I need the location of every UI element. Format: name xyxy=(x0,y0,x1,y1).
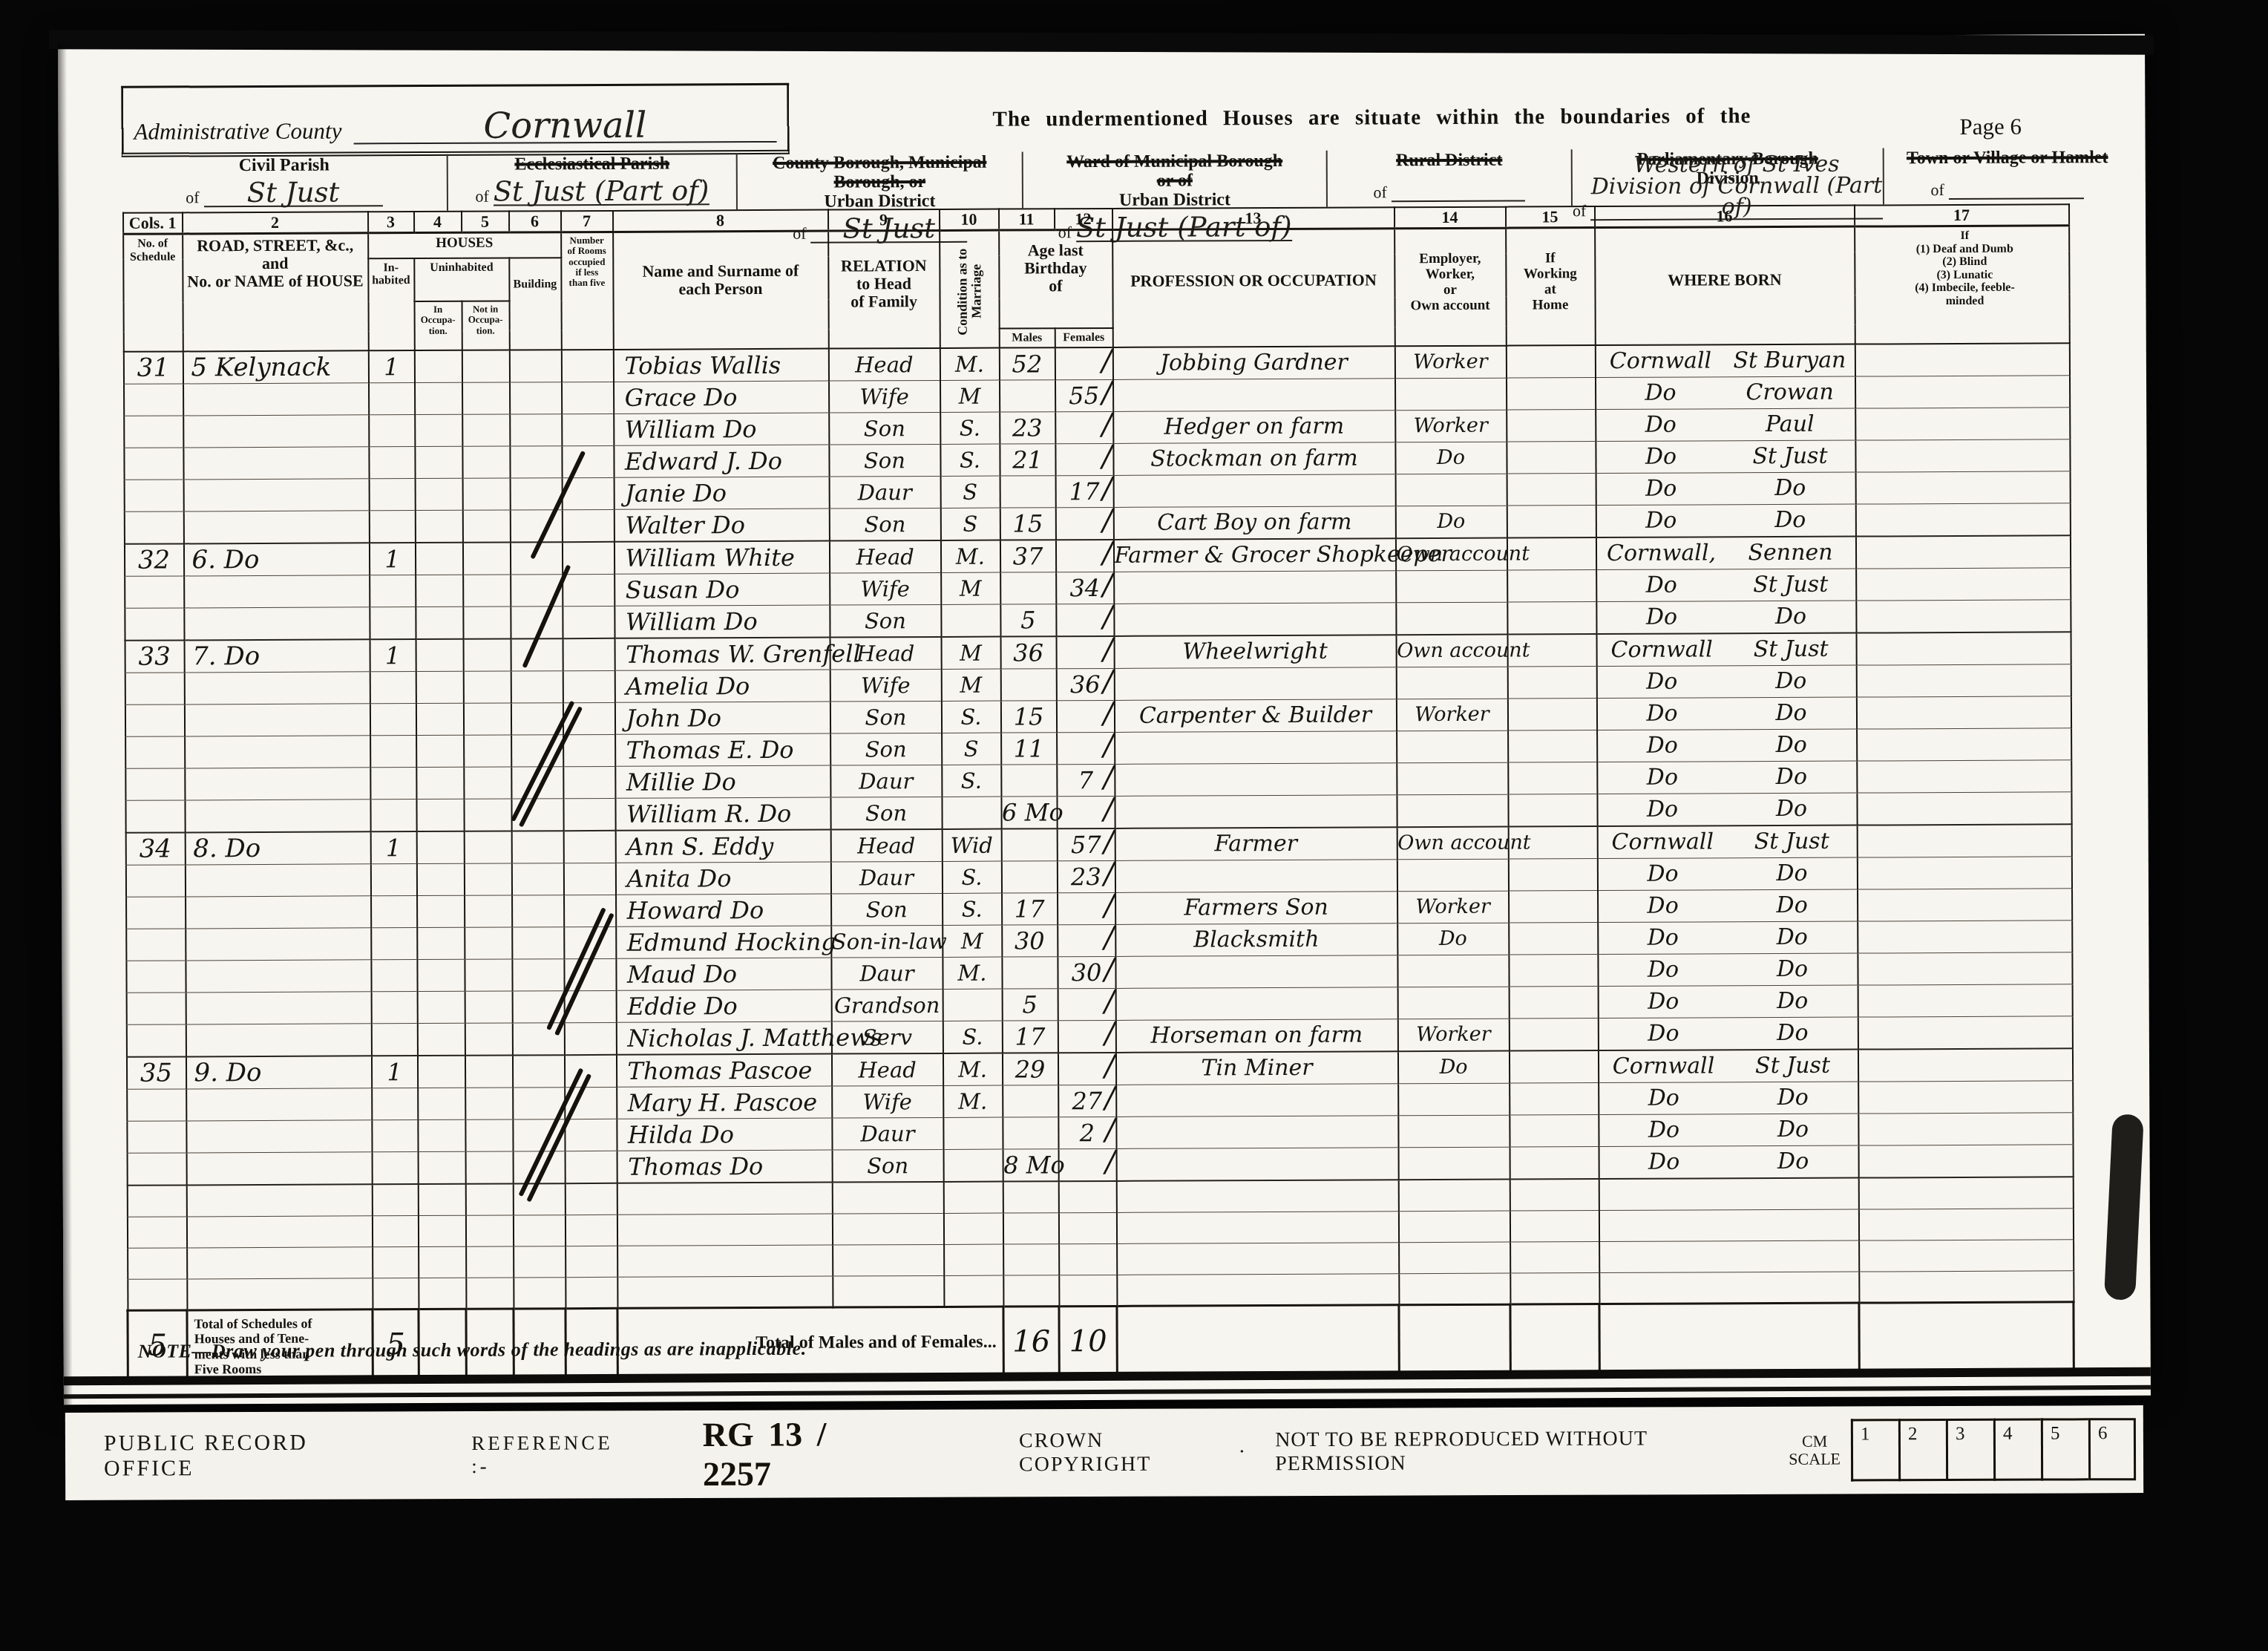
enumerator-tick: / xyxy=(1101,377,1112,408)
cell-in-occupation xyxy=(418,1215,465,1246)
cell-working-at-home xyxy=(1507,602,1596,635)
cell-in-occupation xyxy=(418,1151,465,1184)
cell-infirmity xyxy=(1858,952,2072,985)
cell-age-male xyxy=(1003,1117,1058,1149)
cell-building xyxy=(510,414,562,446)
cell-rooms xyxy=(561,350,613,382)
cell-infirmity xyxy=(1858,1048,2072,1082)
cell-working-at-home xyxy=(1506,378,1595,411)
cell-working-at-home xyxy=(1507,667,1596,699)
cell-infirmity xyxy=(1855,376,2069,408)
totals-males: 16 xyxy=(1003,1306,1059,1376)
cell-relation xyxy=(832,1213,943,1245)
cell-not-in-occupation xyxy=(464,735,511,767)
cell-schedule-number: 32 xyxy=(124,543,183,576)
enumerator-tick: / xyxy=(1102,537,1112,569)
cell-not-in-occupation xyxy=(465,1023,512,1056)
cell-age-male xyxy=(1000,572,1056,604)
cell-age-male: 17 xyxy=(1002,893,1058,925)
cell-name xyxy=(617,1276,833,1308)
cell-building xyxy=(511,863,563,895)
cell-inhabited xyxy=(371,960,417,992)
cell-working-at-home xyxy=(1509,955,1598,987)
cell-name: Howard Do xyxy=(616,894,831,926)
cell-road-street xyxy=(186,1120,372,1153)
cm-scale-box: 5 xyxy=(2041,1418,2088,1480)
cell-infirmity xyxy=(1856,568,2071,601)
cell-in-occupation xyxy=(416,703,463,735)
cell-inhabited: 1 xyxy=(368,350,414,383)
cell-employer xyxy=(1399,1273,1510,1305)
cell-rooms xyxy=(563,831,615,863)
cell-name: Eddie Do xyxy=(616,990,831,1022)
cell-where-born: DoCrowan xyxy=(1595,376,1855,410)
cell-inhabited xyxy=(371,992,417,1024)
cell-age-male: 52 xyxy=(999,347,1055,380)
enumerator-tick: / xyxy=(1104,826,1114,857)
cell-where-born: DoDo xyxy=(1598,921,1858,955)
scan-smudge xyxy=(2104,1114,2144,1301)
cell-where-born xyxy=(1599,1240,1859,1273)
cell-inhabited xyxy=(369,511,415,543)
cell-not-in-occupation xyxy=(462,350,509,382)
col-num: 11 xyxy=(998,209,1054,230)
district-urban-district: County Borough, MunicipalBorough, or Urb… xyxy=(738,151,1023,209)
cell-occupation: / xyxy=(1115,860,1397,893)
enumerator-tick: / xyxy=(1104,762,1114,793)
cm-scale-box: 4 xyxy=(1993,1419,2041,1481)
cell-name: Amelia Do xyxy=(614,670,830,702)
cell-road-street xyxy=(185,736,370,768)
cell-where-born: DoDo xyxy=(1596,504,1855,537)
cell-schedule-number xyxy=(128,1247,187,1278)
cell-road-street xyxy=(186,1215,372,1247)
district-rural-district: Rural Districtof xyxy=(1328,149,1573,206)
cell-age-male xyxy=(1003,1181,1058,1212)
cell-schedule-number xyxy=(127,1185,186,1216)
col-num: 7 xyxy=(561,211,613,232)
cell-in-occupation xyxy=(416,735,464,767)
cell-employer xyxy=(1396,667,1507,699)
cell-building xyxy=(510,446,562,478)
cell-relation: Daur xyxy=(832,1117,943,1150)
cell-road-street xyxy=(183,479,369,511)
district-row: Civil ParishofSt JustEcclesiastical Pari… xyxy=(122,147,2131,212)
cell-infirmity xyxy=(1858,984,2072,1017)
cell-schedule-number xyxy=(125,865,185,897)
cell-building xyxy=(512,895,564,927)
cell-relation: Daur xyxy=(830,765,942,797)
cell-schedule-number xyxy=(124,384,183,416)
cell-building xyxy=(510,478,562,510)
cell-occupation: / xyxy=(1115,731,1397,765)
cell-road-street xyxy=(186,1152,372,1186)
header-at-home: If Working at Home xyxy=(1506,228,1596,346)
col-num: 12 xyxy=(1054,209,1112,230)
cell-infirmity xyxy=(1857,857,2071,889)
cell-schedule-number xyxy=(125,673,184,704)
cell-name: William R. Do xyxy=(615,797,830,831)
cell-not-in-occupation xyxy=(463,703,511,735)
cell-schedule-number xyxy=(126,993,186,1024)
cell-working-at-home xyxy=(1507,474,1596,506)
header-profession: PROFESSION OR OCCUPATION xyxy=(1112,229,1395,347)
cell-age-male xyxy=(1003,1212,1058,1243)
cell-schedule-number xyxy=(127,1089,186,1121)
cell-employer xyxy=(1398,1211,1510,1243)
cell-inhabited: 1 xyxy=(370,639,416,672)
cell-name xyxy=(617,1183,832,1214)
col-num: 16 xyxy=(1594,206,1854,228)
cell-employer xyxy=(1397,730,1508,763)
cell-employer: Do xyxy=(1397,923,1509,955)
cell-infirmity xyxy=(1858,1177,2073,1209)
cell-working-at-home xyxy=(1510,1272,1599,1304)
cell-rooms xyxy=(562,509,614,542)
cell-in-occupation xyxy=(414,350,462,383)
cell-occupation: /Farmers Son xyxy=(1115,892,1397,925)
cell-where-born: CornwallSt Just xyxy=(1598,1050,1858,1083)
cell-working-at-home xyxy=(1507,410,1596,442)
cell-relation: Head xyxy=(829,540,940,573)
col-num: 8 xyxy=(613,210,828,232)
cell-in-occupation xyxy=(416,575,463,607)
cell-rooms xyxy=(563,606,614,638)
reference-label: REFERENCE :- xyxy=(471,1431,614,1478)
enumerator-tick: / xyxy=(1102,409,1112,440)
enumerator-tick: / xyxy=(1103,666,1113,697)
cell-building xyxy=(512,927,564,959)
enumerator-tick: / xyxy=(1104,1018,1115,1049)
cell-working-at-home xyxy=(1509,891,1598,923)
cell-schedule-number: 31 xyxy=(123,351,183,384)
header-inhabited: In- habited xyxy=(368,258,415,351)
cell-condition xyxy=(944,1275,1003,1307)
cell-rooms xyxy=(563,798,615,831)
cell-schedule-number xyxy=(125,704,184,736)
cell-infirmity xyxy=(1857,824,2071,857)
cell-schedule-number xyxy=(125,576,184,608)
cell-occupation: / xyxy=(1114,571,1396,604)
cell-condition: M xyxy=(941,572,1000,604)
cell-building xyxy=(512,1055,564,1088)
cell-in-occupation xyxy=(415,543,462,575)
enumerator-tick: / xyxy=(1104,858,1114,889)
cell-not-in-occupation xyxy=(465,1119,513,1151)
cell-in-occupation xyxy=(418,1088,465,1119)
cell-employer: Own account xyxy=(1396,635,1507,667)
cell-schedule-number xyxy=(127,1216,186,1247)
cell-age-male xyxy=(1002,957,1058,989)
cell-rooms xyxy=(566,1277,617,1308)
cell-in-occupation xyxy=(417,1023,465,1056)
col-num: 2 xyxy=(183,212,368,234)
cell-not-in-occupation xyxy=(465,959,512,991)
cell-working-at-home xyxy=(1508,762,1597,795)
cell-age-female xyxy=(1058,1212,1116,1243)
enumerator-tick: / xyxy=(1103,698,1113,729)
cell-occupation: / xyxy=(1116,1148,1398,1181)
headings-note: NOTE—Draw your pen through such words of… xyxy=(138,1338,807,1363)
cell-condition: S xyxy=(940,476,1000,508)
cm-scale-box: 6 xyxy=(2088,1418,2136,1480)
cell-inhabited: 1 xyxy=(370,831,416,864)
cell-occupation: /Cart Boy on farm xyxy=(1113,506,1395,540)
cell-where-born xyxy=(1599,1272,1859,1304)
cell-employer xyxy=(1398,1115,1510,1148)
cell-schedule-number xyxy=(125,608,184,641)
cell-building xyxy=(513,1214,565,1246)
cell-infirmity xyxy=(1856,632,2071,665)
col-num: 17 xyxy=(1854,204,2068,226)
cell-schedule-number xyxy=(125,768,185,800)
cell-road-street xyxy=(186,896,371,929)
cell-road-street xyxy=(183,447,369,480)
cell-road-street xyxy=(186,1088,372,1121)
cell-working-at-home xyxy=(1509,1019,1598,1051)
header-males: Males xyxy=(999,328,1055,347)
header-uninhabited: Uninhabited xyxy=(414,258,509,301)
cell-inhabited xyxy=(369,415,415,447)
cell-name: Ann S. Eddy xyxy=(615,830,830,863)
cell-occupation: /Wheelwright xyxy=(1114,635,1396,668)
cell-schedule-number xyxy=(126,961,186,993)
cell-schedule-number xyxy=(125,736,185,768)
cell-condition: S. xyxy=(942,765,1001,797)
cell-occupation: /Farmer & Grocer Shopkeeper xyxy=(1113,538,1395,572)
cell-schedule-number xyxy=(126,897,186,929)
district-label: Civil Parish xyxy=(122,156,447,177)
cell-employer xyxy=(1398,1180,1510,1212)
cell-in-occupation xyxy=(418,1184,465,1215)
cell-not-in-occupation xyxy=(463,671,511,703)
cell-rooms xyxy=(566,1246,617,1277)
cell-age-male xyxy=(1000,669,1056,701)
cell-employer: Worker xyxy=(1395,410,1507,442)
cell-occupation: /Blacksmith xyxy=(1115,923,1397,957)
cell-condition: M. xyxy=(943,1085,1003,1117)
cell-condition: S. xyxy=(942,861,1001,893)
cell-employer: Do xyxy=(1395,506,1507,538)
cell-infirmity xyxy=(1855,535,2070,569)
district-label: Ward of Municipal Boroughor of Urban Dis… xyxy=(1023,152,1326,211)
cell-name: Thomas Pascoe xyxy=(616,1054,831,1088)
cell-condition xyxy=(943,1149,1003,1182)
cell-employer: Worker xyxy=(1397,1019,1509,1051)
cell-where-born: DoPaul xyxy=(1596,408,1855,442)
cell-where-born: DoDo xyxy=(1596,472,1855,506)
cell-infirmity xyxy=(1858,1081,2073,1114)
cell-building xyxy=(512,1023,564,1056)
cell-relation: Son xyxy=(830,701,941,733)
cell-inhabited xyxy=(371,896,417,928)
cell-road-street xyxy=(184,607,370,641)
cell-working-at-home xyxy=(1507,699,1596,731)
cell-working-at-home xyxy=(1510,1179,1599,1211)
cell-age-male xyxy=(1001,828,1057,861)
cell-name xyxy=(617,1245,833,1277)
cell-name: Anita Do xyxy=(615,862,830,895)
cell-in-occupation xyxy=(416,639,463,672)
cell-name: Millie Do xyxy=(615,765,830,798)
header-houses-group: HOUSES xyxy=(368,232,561,258)
cell-in-occupation xyxy=(417,1056,465,1088)
enumerator-tick: / xyxy=(1104,954,1115,985)
cell-age-male: 23 xyxy=(1000,412,1055,444)
enumerator-tick: / xyxy=(1101,345,1112,376)
cell-occupation: /Tin Miner xyxy=(1115,1051,1397,1085)
enumerator-tick: / xyxy=(1104,922,1115,953)
header-name: Name and Surname of each Person xyxy=(613,231,829,350)
cell-condition: M xyxy=(941,669,1000,701)
cell-relation: Wife xyxy=(830,572,941,605)
cell-working-at-home xyxy=(1510,1210,1599,1242)
district-value xyxy=(1949,197,2085,200)
cell-rooms xyxy=(563,734,615,766)
cell-condition: S. xyxy=(940,444,1000,476)
cell-road-street: 5 Kelynack xyxy=(183,350,368,384)
cell-relation: Daur xyxy=(831,957,943,990)
cell-age-male xyxy=(1001,861,1057,893)
header-not-in-occupation: Not in Occupa- tion. xyxy=(462,301,509,350)
enumerator-tick: / xyxy=(1104,986,1115,1017)
cell-relation: Head xyxy=(828,348,940,381)
cell-relation: Son-in-law xyxy=(831,925,943,958)
cell-working-at-home xyxy=(1508,859,1597,892)
cell-schedule-number xyxy=(126,929,186,961)
cell-condition: M xyxy=(940,380,1000,412)
district-civil-parish: Civil ParishofSt Just xyxy=(122,154,448,212)
cell-name: Mary H. Pascoe xyxy=(617,1086,832,1119)
cell-inhabited xyxy=(370,768,416,800)
cell-where-born: DoDo xyxy=(1598,953,1858,987)
cell-in-occupation xyxy=(416,799,464,831)
cell-road-street: 7. Do xyxy=(184,639,370,673)
cell-working-at-home xyxy=(1507,442,1596,474)
col-num: 13 xyxy=(1112,207,1394,229)
cell-infirmity xyxy=(1858,1113,2073,1145)
cell-infirmity xyxy=(1858,1208,2073,1240)
cell-where-born: CornwallSt Just xyxy=(1597,825,1857,859)
totals-females: 10 xyxy=(1059,1306,1117,1376)
enumerator-tick: / xyxy=(1104,890,1115,921)
cell-name: Susan Do xyxy=(614,573,830,606)
enumerator-tick: / xyxy=(1102,473,1112,504)
cell-working-at-home xyxy=(1507,570,1596,603)
cell-name: William Do xyxy=(614,605,830,638)
header-relation: RELATION to Head of Family xyxy=(828,230,940,348)
district-value: St Just xyxy=(204,179,383,207)
cell-infirmity xyxy=(1858,889,2072,921)
district-value xyxy=(1392,200,1525,202)
cell-employer: Worker xyxy=(1396,699,1507,731)
cell-employer xyxy=(1397,987,1509,1019)
cell-not-in-occupation xyxy=(462,382,510,414)
cell-age-male xyxy=(1003,1085,1058,1117)
pro-label: PUBLIC RECORD OFFICE xyxy=(104,1431,360,1482)
cell-not-in-occupation xyxy=(463,575,511,607)
cell-schedule-number: 33 xyxy=(125,640,184,673)
cell-in-occupation xyxy=(416,863,464,895)
cell-occupation xyxy=(1117,1273,1399,1306)
cell-condition: M. xyxy=(940,540,1000,573)
cell-working-at-home xyxy=(1507,506,1596,538)
cell-road-street xyxy=(187,1278,373,1310)
cell-where-born: DoDo xyxy=(1597,761,1857,794)
cell-inhabited xyxy=(370,864,416,896)
cell-infirmity xyxy=(1856,664,2071,697)
cell-relation xyxy=(833,1244,944,1276)
cell-not-in-occupation xyxy=(463,638,511,671)
header-road: ROAD, STREET, &c., and No. or NAME of HO… xyxy=(183,233,369,352)
district-parliamentary-division: Parliamentary BoroughDivisionofWestern o… xyxy=(1573,148,1884,206)
administrative-county-value: Cornwall xyxy=(353,109,776,145)
cell-relation: Grandson xyxy=(831,989,943,1021)
cell-where-born: DoDo xyxy=(1598,1017,1858,1050)
cell-where-born: DoSt Just xyxy=(1596,569,1856,602)
enumerator-tick: / xyxy=(1102,505,1112,536)
cell-employer: Worker xyxy=(1394,346,1506,379)
cell-relation: Head xyxy=(830,829,942,862)
cell-infirmity xyxy=(1857,792,2071,825)
cell-rooms xyxy=(565,1151,617,1183)
cell-working-at-home xyxy=(1509,923,1598,955)
cell-relation: Head xyxy=(831,1053,943,1086)
cell-age-male xyxy=(1003,1243,1059,1275)
cell-not-in-occupation xyxy=(464,831,511,863)
cell-age-male: 21 xyxy=(1000,444,1055,476)
col-num: 9 xyxy=(828,209,940,231)
enumerator-tick: / xyxy=(1104,794,1114,825)
col-num: 3 xyxy=(368,212,414,233)
census-form-page: Administrative County Cornwall The under… xyxy=(58,34,2151,1405)
cell-condition xyxy=(944,1244,1003,1275)
col-num: 6 xyxy=(509,211,561,232)
cell-condition: M xyxy=(943,925,1002,957)
cell-schedule-number xyxy=(127,1121,186,1153)
cell-relation: Son xyxy=(829,444,940,477)
cell-working-at-home xyxy=(1508,730,1597,763)
cell-name: Tobias Wallis xyxy=(613,349,828,382)
cell-schedule-number: 35 xyxy=(126,1056,186,1089)
cell-age-female xyxy=(1058,1181,1116,1212)
administrative-county-label: Administrative County xyxy=(134,117,341,145)
cell-employer xyxy=(1397,762,1508,795)
cell-road-street xyxy=(184,704,370,736)
cell-name: John Do xyxy=(614,702,830,734)
cell-inhabited: 1 xyxy=(371,1056,417,1088)
cell-infirmity xyxy=(1856,696,2071,729)
cell-where-born: DoDo xyxy=(1597,793,1857,826)
cell-name: Thomas Do xyxy=(617,1150,832,1183)
cell-name: Grace Do xyxy=(614,381,829,413)
cell-road-street xyxy=(186,960,371,993)
cell-inhabited xyxy=(369,447,415,479)
cell-in-occupation xyxy=(415,414,462,446)
cell-building xyxy=(509,350,561,382)
cell-not-in-occupation xyxy=(462,542,510,575)
cell-condition xyxy=(943,1117,1003,1149)
cell-employer: Do xyxy=(1397,1051,1509,1084)
cell-where-born: DoDo xyxy=(1597,857,1857,891)
cell-relation: Son xyxy=(832,1149,943,1182)
cell-not-in-occupation xyxy=(462,510,510,543)
cell-in-occupation xyxy=(415,382,462,414)
cell-building xyxy=(510,382,562,414)
header-condition: Condition as to Marriage xyxy=(940,230,1000,348)
cell-employer: Worker xyxy=(1397,891,1509,923)
cell-inhabited xyxy=(372,1120,418,1152)
